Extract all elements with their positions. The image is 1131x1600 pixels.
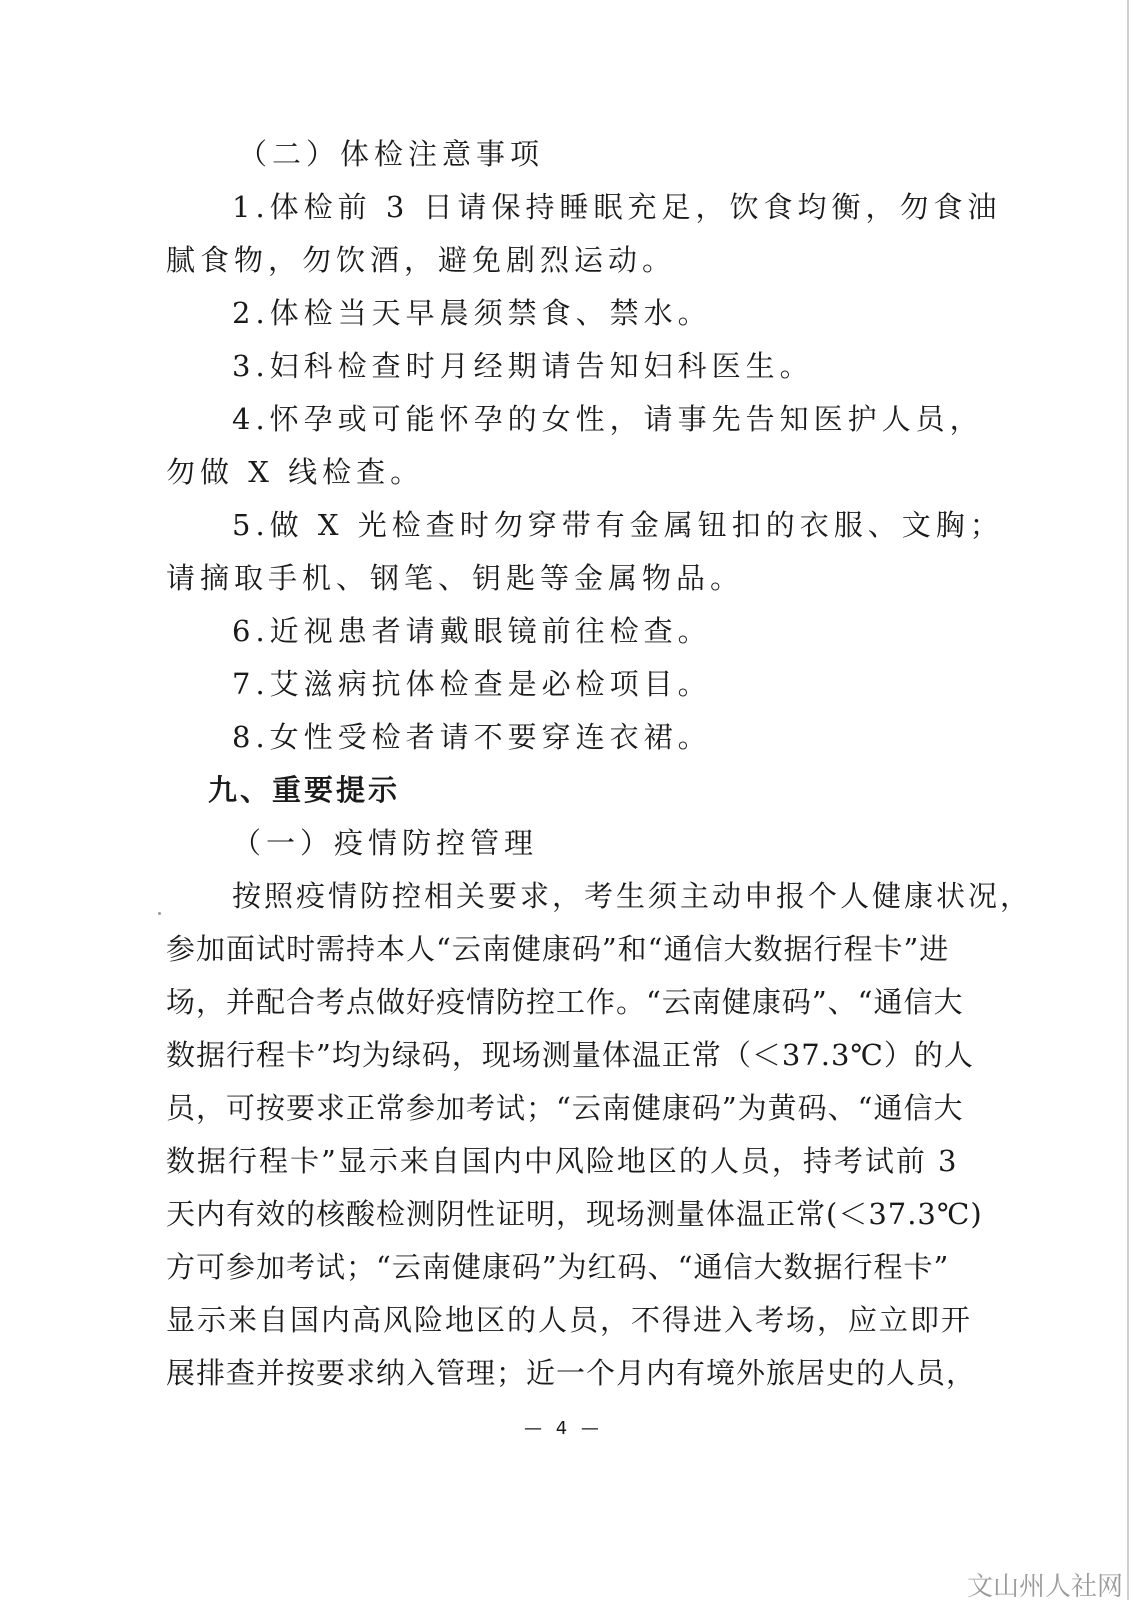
paragraph-line-4: 数据行程卡”均为绿码，现场测量体温正常（＜37.3℃）的人 — [166, 1038, 974, 1072]
paragraph-line-10: 展排查并按要求纳入管理；近一个月内有境外旅居史的人员， — [166, 1356, 976, 1390]
page-number: — 4 — — [524, 1418, 603, 1439]
item-5-cont: 请摘取手机、钢笔、钥匙等金属物品。 — [166, 561, 744, 595]
item-6: 6.近视患者请戴眼镜前往检查。 — [232, 614, 712, 648]
subsection-heading-epidemic-control: （一）疫情防控管理 — [232, 826, 538, 860]
scan-edge — [1127, 0, 1129, 1600]
item-4: 4.怀孕或可能怀孕的女性，请事先告知医护人员， — [232, 402, 984, 436]
item-1-cont: 腻食物，勿饮酒，避免剧烈运动。 — [166, 243, 676, 277]
item-4-cont: 勿做 X 线检查。 — [166, 455, 424, 489]
subsection-heading-physical-exam-notes: （二）体检注意事项 — [238, 137, 544, 171]
item-5: 5.做 X 光检查时勿穿带有金属钮扣的衣服、文胸； — [232, 508, 1004, 542]
paragraph-line-8: 方可参加考试；“云南健康码”为红码、“通信大数据行程卡” — [166, 1250, 949, 1284]
paragraph-line-3: 场，并配合考点做好疫情防控工作。“云南健康码”、“通信大 — [166, 985, 963, 1019]
item-3: 3.妇科检查时月经期请告知妇科医生。 — [232, 349, 814, 383]
paragraph-line-5: 员，可按要求正常参加考试；“云南健康码”为黄码、“通信大 — [166, 1091, 963, 1125]
item-7: 7.艾滋病抗体检查是必检项目。 — [232, 667, 712, 701]
paragraph-line-6: 数据行程卡”显示来自国内中风险地区的人员，持考试前 3 — [166, 1144, 959, 1178]
paragraph-line-2: 参加面试时需持本人“云南健康码”和“通信大数据行程卡”进 — [166, 932, 949, 966]
watermark: 文山州人社网 — [967, 1566, 1123, 1600]
scan-speck — [158, 912, 161, 915]
section-heading-important-notes: 九、重要提示 — [208, 773, 400, 807]
item-1: 1.体检前 3 日请保持睡眠充足，饮食均衡，勿食油 — [232, 190, 1002, 224]
paragraph-line-7: 天内有效的核酸检测阴性证明，现场测量体温正常(＜37.3℃) — [166, 1197, 983, 1231]
item-2: 2.体检当天早晨须禁食、禁水。 — [232, 296, 712, 330]
item-8: 8.女性受检者请不要穿连衣裙。 — [232, 720, 712, 754]
paragraph-line-1: 按照疫情防控相关要求，考生须主动申报个人健康状况， — [232, 879, 1032, 913]
paragraph-line-9: 显示来自国内高风险地区的人员，不得进入考场，应立即开 — [166, 1303, 972, 1337]
